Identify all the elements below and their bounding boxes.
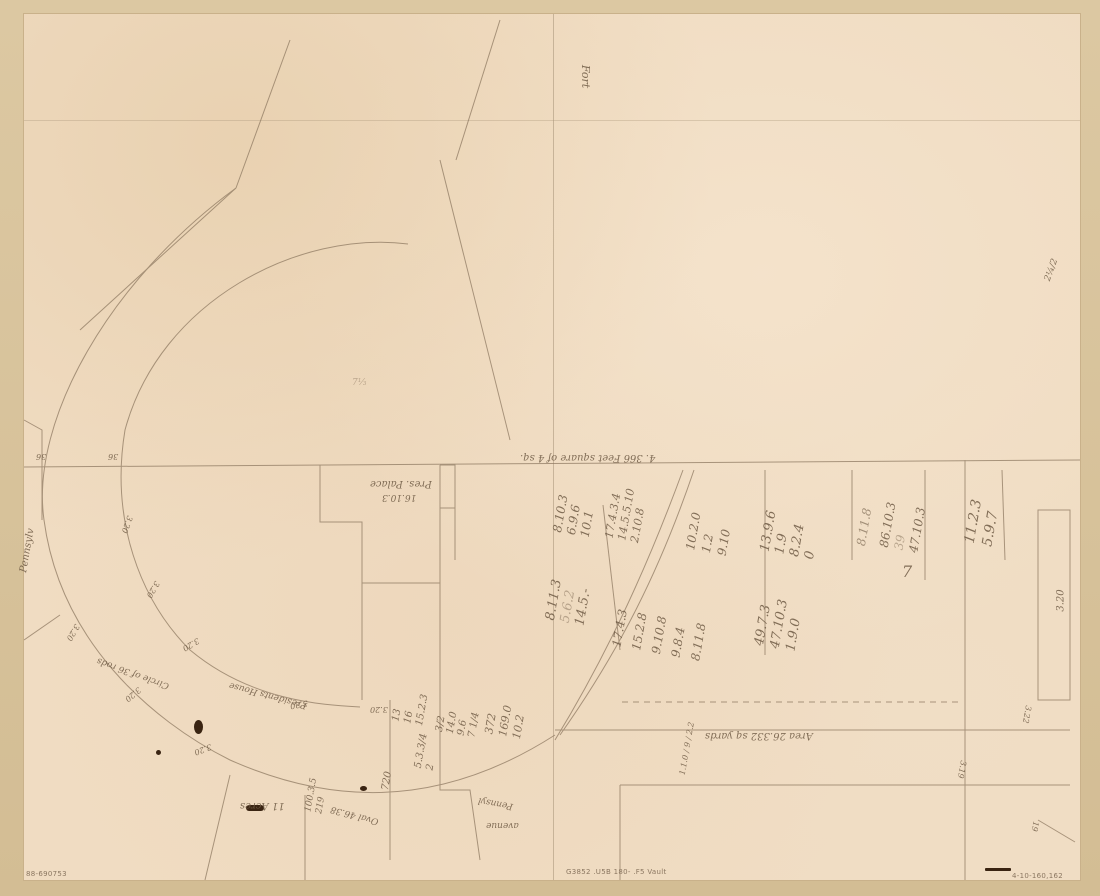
arc-label: 3.20 xyxy=(370,705,388,714)
computation-column-9: 86.10.33947.10.3 xyxy=(877,501,929,554)
faint-center-note: 7⅓ xyxy=(352,378,366,388)
house-label: Pres. Palace xyxy=(370,478,432,489)
lower-left-value: 11 Acres xyxy=(240,800,285,811)
arc-label: 36 xyxy=(108,452,118,461)
arc-label: 36 xyxy=(36,452,46,461)
call-number-center: G3852 .U5B 180- .F5 Vault xyxy=(566,868,667,876)
computation-column-2: 8.10.36.9.610.1 xyxy=(550,494,598,539)
right-small-3: 19 xyxy=(1030,821,1041,833)
inner-circle-arc xyxy=(121,242,408,707)
lower-block-1: 131615.2.3 xyxy=(390,689,431,727)
ink-blot xyxy=(194,720,203,734)
lower-right-note: Area 26.332 sq yards xyxy=(705,730,813,741)
ink-blot xyxy=(156,750,161,755)
catalog-number-left: 88-690753 xyxy=(26,870,67,878)
bottom-note-3: avenue xyxy=(486,820,519,830)
catalog-number-right: 4-10-160,162 xyxy=(1012,872,1063,880)
computation-seven: 7 xyxy=(902,562,912,581)
computation-column-6: 49.7.347.10.31.9.0 xyxy=(752,595,808,652)
header-line: 4. 366 Feet square of 4 sq. xyxy=(520,452,655,463)
computation-column-10: 11.2.35.9.7 xyxy=(961,498,1004,548)
survey-linework xyxy=(0,0,1100,896)
house-value: 16.10.3 xyxy=(382,492,416,502)
ink-blot xyxy=(985,868,1011,871)
ink-blot xyxy=(360,786,367,791)
computation-column-1: 8.11.35.6.214.5.- xyxy=(543,578,594,627)
right-column-value: 3.20 xyxy=(1056,589,1067,611)
top-vertical-note: Fort xyxy=(579,65,592,88)
computation-column-5: 10.2.01.29.10 xyxy=(682,511,736,557)
